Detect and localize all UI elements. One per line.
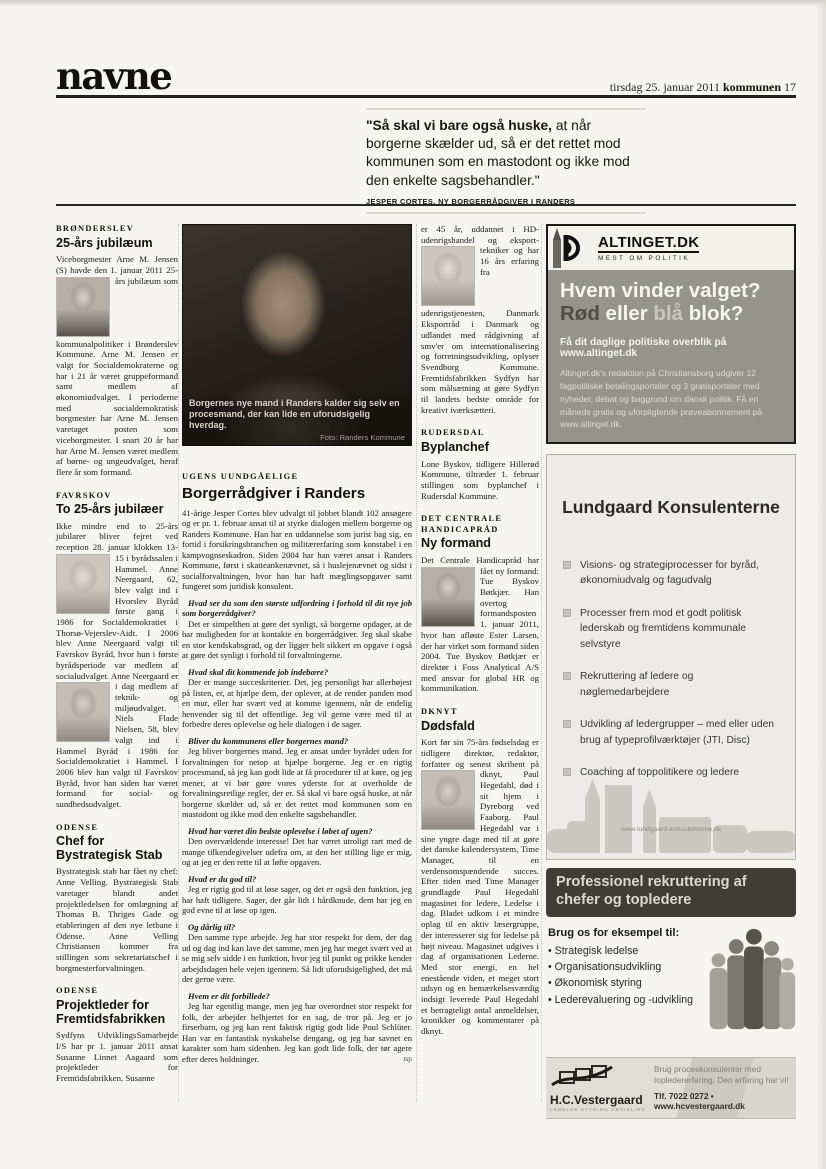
square-bullet-icon: [563, 720, 571, 728]
brief-headline: To 25-års jubilæer: [56, 503, 178, 517]
interview-answer: Den samme type arbejde. Jeg har stor res…: [182, 932, 412, 985]
interview-question: Og dårlig til?: [182, 922, 412, 933]
list-item: Udvikling af ledergrupper – med eller ud…: [563, 717, 781, 748]
altinget-headline-line1: Hvem vinder valget?: [560, 279, 761, 302]
portrait-photo-niels-flade-nielsen: [56, 682, 110, 742]
brief-body: Kort før sin 75-års fødselsdag er tidlig…: [421, 737, 539, 1037]
brief-body: er 45 år, uddannet i HD-udenrigshandel o…: [421, 224, 539, 415]
pull-quote-bold: "Så skal vi bare også huske,: [366, 118, 552, 133]
altinget-ad-body: Hvem vinder valget? Rød eller blå blok? …: [548, 270, 794, 431]
dateline: tirsdag 25. januar 2011 kommunen 17: [610, 80, 796, 95]
interview-answer: Jeg bliver borgernes mand. Jeg er ansat …: [182, 746, 412, 820]
brief-body: Det Centrale Handicapråd har fået ny for…: [421, 555, 539, 694]
column-separator: [416, 224, 417, 1102]
interview-question: Hvad ser du som den største udfordring i…: [182, 598, 412, 619]
altinget-tagline: Få dit daglige politiske overblik på www…: [560, 337, 782, 359]
paragraph-text: Det Centrale Handicapråd: [421, 555, 528, 565]
interview-answer: Det er simpelthen at gøre det synligt, s…: [182, 619, 412, 661]
brief-handicapraad: DET CENTRALE HANDICAPRÅD Ny formand Det …: [421, 514, 539, 694]
date-text: tirsdag 25. januar 2011: [610, 80, 720, 94]
brief-headline: Projektleder for Fremtidsfabrikken: [56, 999, 178, 1026]
hcv-squares-logo-icon: [550, 1063, 614, 1089]
brief-headline: 25-års jubilæum: [56, 237, 178, 251]
interview-answer: Der er mange succeskriterier. Det, jeg p…: [182, 677, 412, 730]
paper-name: kommunen: [723, 80, 781, 94]
ad-lundgaard: Lundgaard Konsulenterne Visions- og stra…: [546, 454, 796, 860]
bullet-text: Rekruttering af ledere og nøglemedarbejd…: [580, 669, 781, 700]
paragraph-text: Kort før sin 75-års fødselsdag er tidlig…: [421, 737, 539, 768]
lundgaard-title: Lundgaard Konsulenterne: [547, 497, 795, 518]
altinget-word-blok: blok?: [683, 302, 743, 325]
ad-hc-vestergaard: Professionel rekruttering af chefer og t…: [546, 868, 796, 1119]
paragraph-text: Ikke mindre end to 25-års jubilarer bliv…: [56, 521, 178, 552]
christiansborg-tower-icon: [550, 228, 564, 268]
square-bullet-icon: [563, 672, 571, 680]
hcv-pitch-text: Brug proceskonsulenter med topledererfar…: [654, 1064, 790, 1086]
hcv-banner-headline: Professionel rekruttering af chefer og t…: [546, 868, 796, 917]
altinget-logo-text: ALTINGET.DK MEST OM POLITIK: [598, 234, 699, 262]
hcv-contact-block: Brug proceskonsulenter med topledererfar…: [654, 1064, 796, 1111]
bullet-text: Processer frem mod et godt politisk lede…: [580, 606, 781, 652]
paragraph-text: er 45 år, uddannet i HD-udenrigshandel o…: [421, 224, 539, 245]
altinget-logo-block: ALTINGET.DK MEST OM POLITIK: [548, 226, 794, 270]
paragraph-text: dahl var i sine yngre dage med til at gø…: [421, 823, 539, 1036]
interview-question: Hvad er du god til?: [182, 874, 412, 885]
altinget-word-rod: Rød: [560, 302, 600, 325]
square-bullet-icon: [563, 609, 571, 617]
ad-altinget: ALTINGET.DK MEST OM POLITIK Hvem vinder …: [546, 224, 796, 444]
interview-question: Hvad skal dit kommende job indebære?: [182, 667, 412, 678]
interview-question: Hvem er dit forbillede?: [182, 991, 412, 1002]
brief-body: Bystrategisk stab har fået ny chef: Anne…: [56, 866, 178, 973]
feature-lead: 41-årige Jesper Cortes blev udvalgt til …: [182, 508, 412, 592]
brief-headline: Byplanchef: [421, 441, 539, 455]
column-separator: [541, 224, 542, 1102]
interview-answer: Jeg er rigtig god til at løse sager, og …: [182, 884, 412, 916]
hcv-logo-block: H.C.Vestergaard LEDELSE STYRING UDVIKLIN…: [546, 1063, 654, 1112]
feature-photo-jesper-cortes: Borgernes nye mand i Randers kalder sig …: [182, 224, 412, 446]
photo-credit: Foto: Randers Kommune: [189, 433, 405, 442]
portrait-photo-paul-hegedahl: [421, 770, 475, 830]
paragraph-text: og udlandet med rådgivning af smv'er om …: [421, 319, 539, 415]
altinget-word-blaa: blå: [653, 302, 683, 325]
brief-headline: Ny formand: [421, 537, 539, 551]
brief-headline: Dødsfald: [421, 720, 539, 734]
content-top-rule: [56, 204, 796, 206]
feature-body: 41-årige Jesper Cortes blev udvalgt til …: [182, 508, 412, 1064]
brief-body: Viceborgmester Arne M. Jensen (S) havde …: [56, 254, 178, 478]
brief-body: Ikke mindre end to 25-års jubilarer bliv…: [56, 521, 178, 810]
altinget-body-text: Altinget.dk's redaktion på Christiansbor…: [560, 367, 782, 431]
hcv-logo-tagline: LEDELSE STYRING UDVIKLING: [550, 1107, 654, 1112]
brief-kicker: DET CENTRALE HANDICAPRÅD: [421, 514, 539, 535]
list-item: Rekruttering af ledere og nøglemedarbejd…: [563, 669, 781, 700]
hcv-ad-body: Brug os for eksempel til: Strategisk led…: [546, 917, 796, 1053]
hcv-logo-band: H.C.Vestergaard LEDELSE STYRING UDVIKLIN…: [546, 1057, 796, 1119]
brief-favrskov: FAVRSKOV To 25-års jubilæer Ikke mindre …: [56, 491, 178, 810]
altinget-logo-title: ALTINGET.DK: [598, 234, 699, 253]
page-number: 17: [784, 80, 796, 94]
brief-kicker: RUDERSDAL: [421, 428, 539, 439]
square-bullet-icon: [563, 561, 571, 569]
interview-question: Bliver du kommunens eller borgernes mand…: [182, 736, 412, 747]
bullet-text: Udvikling af ledergrupper – med eller ud…: [580, 717, 781, 748]
portrait-photo-susanne-linnet-aagaard: [421, 246, 475, 306]
altinget-logo-subtitle: MEST OM POLITIK: [598, 255, 699, 262]
paragraph-text: har fået ny formand: Tue Byskov Bøtkjær.…: [480, 555, 539, 629]
city-skyline-graphic: [547, 769, 796, 853]
lundgaard-url: www.lundgaard-konsulenterne.dk: [547, 826, 795, 833]
altinget-headline: Hvem vinder valget? Rød eller blå blok?: [560, 280, 782, 326]
brief-odense-fremtidsfabrikken: ODENSE Projektleder for Fremtidsfabrikke…: [56, 986, 178, 1083]
brief-fremtidsfabrikken-continued: er 45 år, uddannet i HD-udenrigshandel o…: [421, 224, 539, 415]
people-silhouette-graphic: [696, 919, 796, 1037]
news-column-3: er 45 år, uddannet i HD-udenrigshandel o…: [421, 224, 539, 1037]
altinget-word-eller: eller: [600, 302, 654, 325]
brief-bronderslev: BRØNDERSLEV 25-års jubilæum Viceborgmest…: [56, 224, 178, 478]
brief-odense-bystrategisk: ODENSE Chef for Bystrategisk Stab Bystra…: [56, 823, 178, 974]
bullet-text: Visions- og strategiprocesser for byråd,…: [580, 558, 781, 589]
pull-quote-text: "Så skal vi bare også huske, at når borg…: [366, 117, 646, 190]
portrait-photo-arne-jensen: [56, 277, 110, 337]
brief-kicker: FAVRSKOV: [56, 491, 178, 502]
feature-headline: Borgerrådgiver i Randers: [182, 486, 412, 502]
brief-kicker: BRØNDERSLEV: [56, 224, 178, 235]
brief-kicker: ODENSE: [56, 823, 178, 834]
portrait-photo-anne-neergaard: [56, 554, 110, 614]
header-rule: [56, 95, 796, 98]
brief-kicker: DKNYT: [421, 707, 539, 718]
brief-headline: Chef for Bystrategisk Stab: [56, 835, 178, 862]
photo-caption-block: Borgernes nye mand i Randers kalder sig …: [182, 393, 412, 446]
pull-quote: "Så skal vi bare også huske, at når borg…: [366, 108, 646, 214]
advert-column: ALTINGET.DK MEST OM POLITIK Hvem vinder …: [546, 224, 796, 1119]
brief-kicker: ODENSE: [56, 986, 178, 997]
list-item: Processer frem mod et godt politisk lede…: [563, 606, 781, 652]
section-masthead: navne: [56, 58, 171, 95]
hcv-logo-name: H.C.Vestergaard: [550, 1094, 654, 1106]
portrait-photo-tue-byskov-botkjaer: [421, 567, 475, 627]
list-item: Visions- og strategiprocesser for byråd,…: [563, 558, 781, 589]
interview-question: Hvad har været din bedste oplevelse i lø…: [182, 826, 412, 837]
brief-body: Lone Byskov, tidligere Hillerød Kommune,…: [421, 459, 539, 502]
paragraph-text: hvor han afløste Ester Larsen, der har v…: [421, 630, 539, 694]
column-separator: [178, 224, 179, 1102]
interview-answer: Den overvældende interesse! Det har være…: [182, 836, 412, 868]
brief-rudersdal: RUDERSDAL Byplanchef Lone Byskov, tidlig…: [421, 428, 539, 501]
hcv-contact-text: Tlf. 7022 0272 • www.hcvestergaard.dk: [654, 1091, 790, 1111]
feature-kicker: UGENS UUNDGÅELIGE: [182, 472, 412, 483]
photo-caption: Borgernes nye mand i Randers kalder sig …: [189, 398, 405, 431]
brief-body: Sydfyns UdviklingsSamarbejde I/S har pr …: [56, 1030, 178, 1084]
brief-dodsfald: DKNYT Dødsfald Kort før sin 75-års fødse…: [421, 707, 539, 1037]
newspaper-page: navne tirsdag 25. januar 2011 kommunen 1…: [0, 0, 826, 1169]
feature-article: Borgernes nye mand i Randers kalder sig …: [182, 224, 412, 1063]
lundgaard-bullet-list: Visions- og strategiprocesser for byråd,…: [563, 558, 781, 780]
news-column-1: BRØNDERSLEV 25-års jubilæum Viceborgmest…: [56, 224, 178, 1084]
